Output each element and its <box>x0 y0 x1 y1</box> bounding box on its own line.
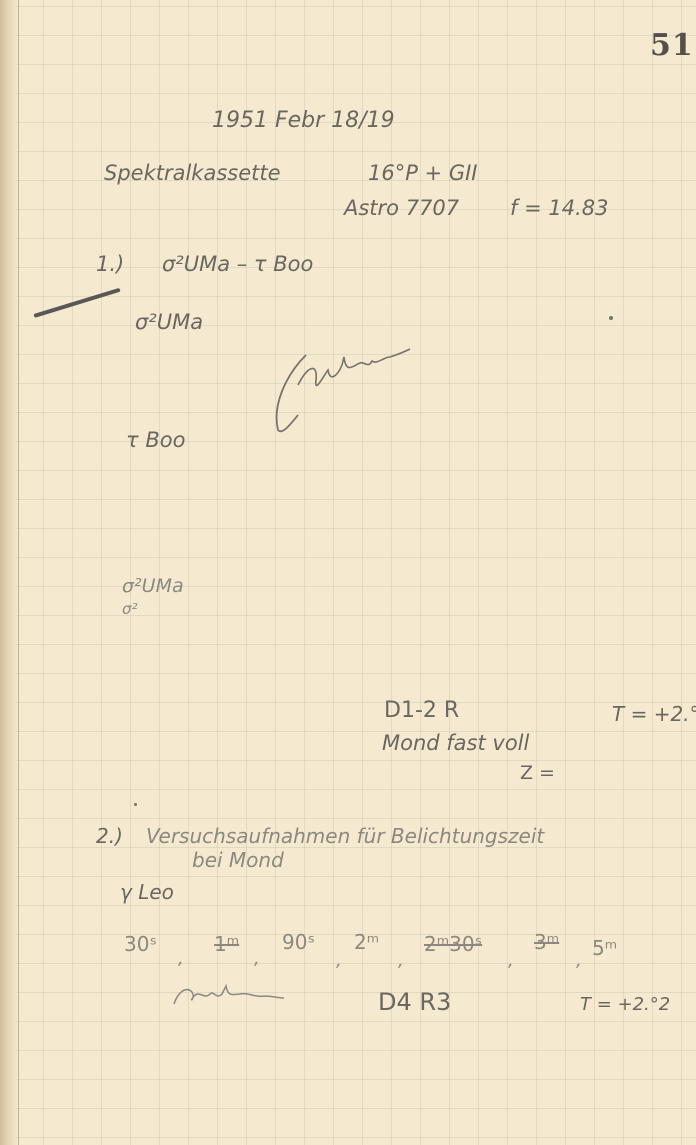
signature-wolken-1: Wolken <box>268 335 428 440</box>
exposure-item: 2ᵐ <box>354 932 379 952</box>
exposure-separator: , <box>576 952 582 970</box>
exposure-item: 1ᵐ <box>214 934 239 954</box>
exposure-item: 30ˢ <box>124 934 157 954</box>
exposure-separator: , <box>508 952 514 970</box>
observation-date: 1951 Febr 18/19 <box>212 110 395 132</box>
exposure-item: 3ᵐ <box>534 932 559 952</box>
entry-1-title: σ²UMa – τ Boo <box>162 254 313 275</box>
exposure-item: 5ᵐ <box>592 938 617 958</box>
entry-1-observing-conditions: D1-2 R <box>384 700 459 722</box>
star-tau-boo: τ Boo <box>126 430 185 451</box>
page-binding-edge <box>0 0 19 1145</box>
entry-2-observing-conditions: D4 R3 <box>378 990 451 1014</box>
exposure-item: 2ᵐ30ˢ <box>424 934 482 954</box>
exposure-separator: , <box>336 952 342 970</box>
instrument-label: Spektralkassette <box>104 163 281 184</box>
entry-1-temperature: T = +2.°2 <box>612 704 696 724</box>
entry-1-label: 1.) <box>96 254 124 275</box>
exposure-separator: , <box>254 950 260 968</box>
star-sigma2-uma-repeat: σ²UMa <box>122 577 184 596</box>
exposure-item: 90ˢ <box>282 932 315 952</box>
star-gamma-leo: γ Leo <box>120 882 174 902</box>
focus-value: f = 14.83 <box>510 198 608 219</box>
page-number: 51 <box>650 28 694 63</box>
entry-2-description-line-1: Versuchsaufnahmen für Belichtungszeit <box>146 826 544 846</box>
instrument-setup: 16°P + GII <box>368 163 478 184</box>
z-mark: Z = <box>520 764 555 783</box>
star-sigma2-note: σ² <box>122 602 138 617</box>
moon-note: Mond fast voll <box>382 733 529 754</box>
entry-2-label: 2.) <box>96 826 123 846</box>
signature-wolken-2: Wolken <box>170 982 290 1012</box>
ink-dot <box>134 803 137 806</box>
plate-type: Astro 7707 <box>344 198 459 219</box>
exposure-separator: , <box>178 950 184 968</box>
entry-2-temperature: T = +2.°2 <box>580 996 670 1014</box>
exposure-separator: , <box>398 952 404 970</box>
ink-dot <box>609 316 613 320</box>
star-sigma2-uma: σ²UMa <box>135 312 203 333</box>
entry-2-description-line-2: bei Mond <box>192 850 284 870</box>
